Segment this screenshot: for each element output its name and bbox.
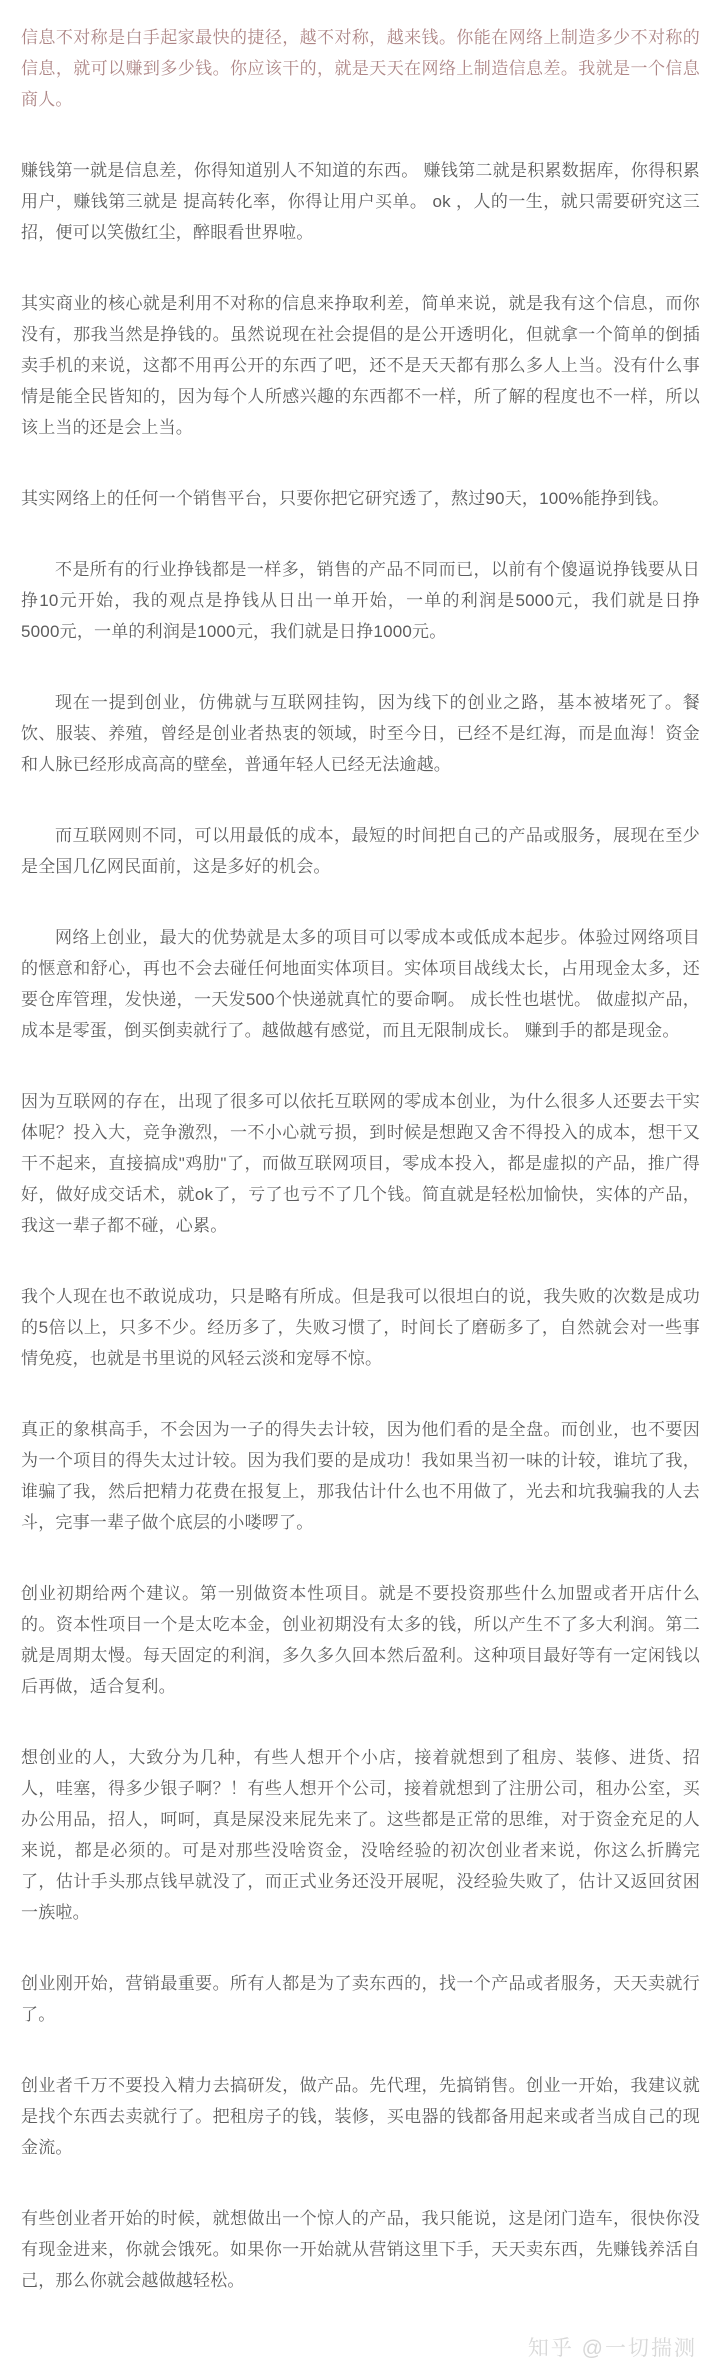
zhihu-watermark: 知乎 @一切揣测 bbox=[528, 2332, 697, 2362]
paragraph: 创业初期给两个建议。第一别做资本性项目。就是不要投资那些什么加盟或者开店什么的。… bbox=[21, 1578, 700, 1702]
paragraph: 不是所有的行业挣钱都是一样多，销售的产品不同而已，以前有个傻逼说挣钱要从日挣10… bbox=[21, 554, 700, 647]
paragraph: 而互联网则不同，可以用最低的成本，最短的时间把自己的产品或服务，展现在至少是全国… bbox=[21, 820, 700, 882]
paragraph: 信息不对称是白手起家最快的捷径，越不对称，越来钱。你能在网络上制造多少不对称的信… bbox=[21, 22, 700, 115]
paragraph: 有些创业者开始的时候，就想做出一个惊人的产品，我只能说，这是闭门造车，很快你没有… bbox=[21, 2203, 700, 2296]
paragraph: 赚钱第一就是信息差，你得知道别人不知道的东西。 赚钱第二就是积累数据库，你得积累… bbox=[21, 155, 700, 248]
paragraph: 真正的象棋高手，不会因为一子的得失去计较，因为他们看的是全盘。而创业，也不要因为… bbox=[21, 1414, 700, 1538]
paragraph: 想创业的人，大致分为几种，有些人想开个小店，接着就想到了租房、装修、进货、招人，… bbox=[21, 1742, 700, 1928]
paragraph: 现在一提到创业，仿佛就与互联网挂钩，因为线下的创业之路，基本被堵死了。餐饮、服装… bbox=[21, 687, 700, 780]
paragraph: 其实网络上的任何一个销售平台，只要你把它研究透了，熬过90天，100%能挣到钱。 bbox=[21, 483, 700, 514]
paragraph: 创业者千万不要投入精力去搞研发，做产品。先代理，先搞销售。创业一开始，我建议就是… bbox=[21, 2070, 700, 2163]
paragraph: 我个人现在也不敢说成功，只是略有所成。但是我可以很坦白的说，我失败的次数是成功的… bbox=[21, 1281, 700, 1374]
article-body: 信息不对称是白手起家最快的捷径，越不对称，越来钱。你能在网络上制造多少不对称的信… bbox=[0, 0, 720, 2346]
paragraph: 其实商业的核心就是利用不对称的信息来挣取利差，简单来说，就是我有这个信息，而你没… bbox=[21, 288, 700, 443]
paragraph: 网络上创业，最大的优势就是太多的项目可以零成本或低成本起步。体验过网络项目的惬意… bbox=[21, 922, 700, 1046]
paragraph: 因为互联网的存在，出现了很多可以依托互联网的零成本创业，为什么很多人还要去干实体… bbox=[21, 1086, 700, 1241]
paragraph: 创业刚开始，营销最重要。所有人都是为了卖东西的，找一个产品或者服务，天天卖就行了… bbox=[21, 1968, 700, 2030]
